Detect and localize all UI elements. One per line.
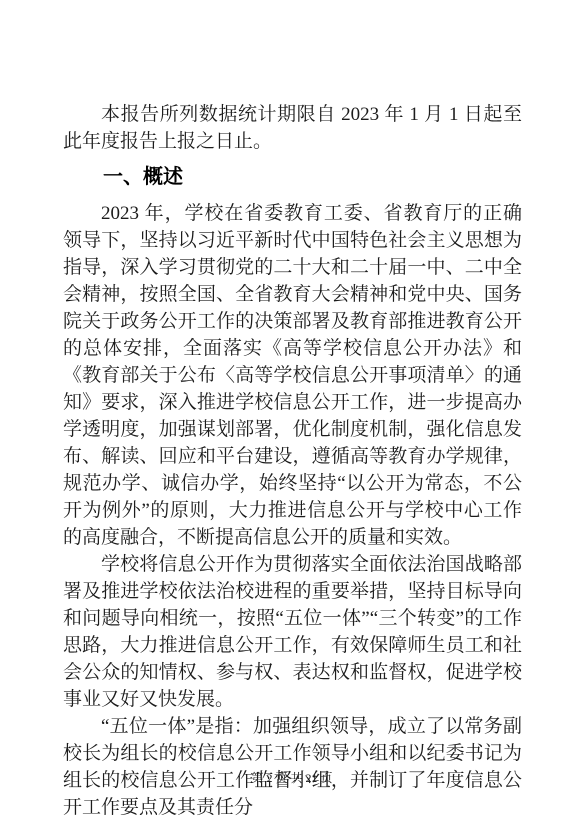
- document-page: 本报告所列数据统计期限自 2023 年 1 月 1 日起至此年度报告上报之日止。…: [0, 0, 584, 832]
- paragraph-overview-leadership: 2023 年，学校在省委教育工委、省教育厅的正确领导下，坚持以习近平新时代中国特…: [63, 200, 522, 551]
- paragraph-overview-strategy: 学校将信息公开作为贯彻落实全面依法治国战略部署及推进学校依法治校进程的重要举措，…: [63, 551, 522, 713]
- page-number-footer: 第 2 页 共 21 页: [0, 770, 584, 786]
- section-heading-overview: 一、概述: [63, 164, 522, 191]
- paragraph-five-in-one-definition: “五位一体”是指：加强组织领导，成立了以常务副校长为组长的校信息公开工作领导小组…: [63, 713, 522, 821]
- paragraph-statistics-period: 本报告所列数据统计期限自 2023 年 1 月 1 日起至此年度报告上报之日止。: [63, 101, 522, 155]
